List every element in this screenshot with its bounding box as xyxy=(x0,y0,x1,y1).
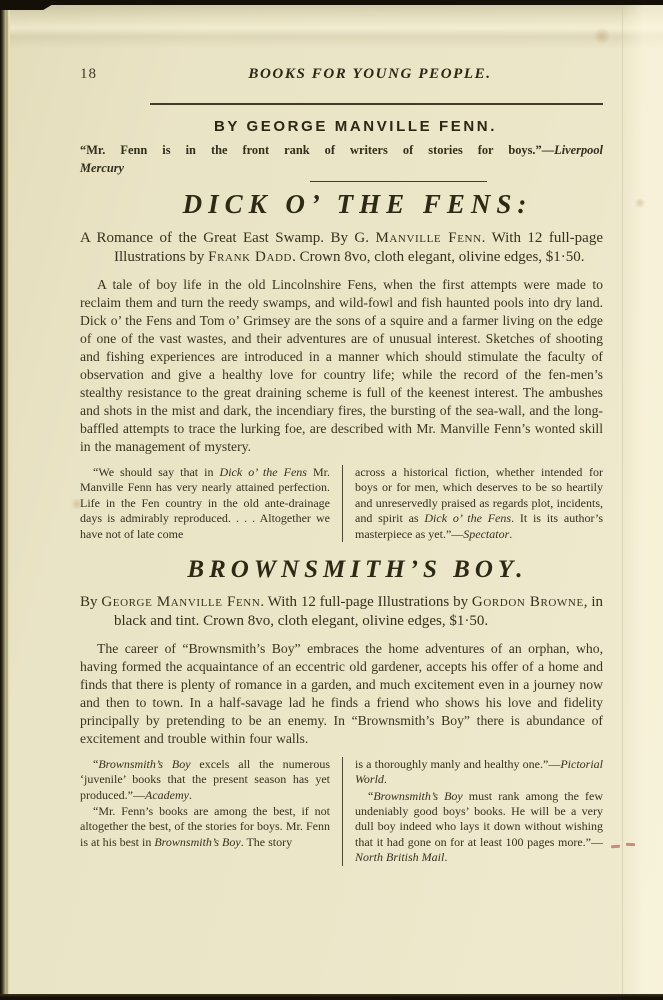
review-paragraph: “Mr. Fenn’s books are among the best, if… xyxy=(80,804,330,850)
catalog-page-content: 18 BOOKS FOR YOUNG PEOPLE. BY GEORGE MAN… xyxy=(0,0,663,866)
author-press-quote: “Mr. Fenn is in the front rank of writer… xyxy=(80,142,603,178)
book1-review-column-right: across a historical fiction, whether int… xyxy=(342,465,603,542)
book2-imprint: By George Manville Fenn. With 12 full-pa… xyxy=(80,593,603,632)
book1-imprint: A Romance of the Great East Swamp. By G.… xyxy=(80,229,603,268)
book2-review-column-left: “Brownsmith’s Boy excels all the numerou… xyxy=(80,757,342,866)
book1-reviews: “We should say that in Dick o’ the Fens … xyxy=(80,465,603,542)
review-paragraph: across a historical fiction, whether int… xyxy=(355,465,603,542)
book1-review-column-left: “We should say that in Dick o’ the Fens … xyxy=(80,465,342,542)
red-pencil-mark xyxy=(611,845,620,849)
running-title: BOOKS FOR YOUNG PEOPLE. xyxy=(117,66,623,83)
page-number: 18 xyxy=(80,66,97,83)
book2-reviews: “Brownsmith’s Boy excels all the numerou… xyxy=(80,757,603,866)
book2-title: BROWNSMITH’S BOY. xyxy=(96,556,619,584)
page-header: 18 BOOKS FOR YOUNG PEOPLE. xyxy=(80,66,603,83)
review-paragraph: “Brownsmith’s Boy must rank among the fe… xyxy=(355,789,603,866)
press-quote-line: Mercury xyxy=(80,160,603,178)
review-paragraph: “We should say that in Dick o’ the Fens … xyxy=(80,465,330,542)
book2-review-column-right: is a thoroughly manly and healthy one.”—… xyxy=(342,757,603,866)
book1-description: A tale of boy life in the old Lincolnshi… xyxy=(80,276,603,456)
book1-title: DICK O’ THE FENS: xyxy=(96,189,619,220)
short-divider-rule xyxy=(310,181,487,182)
press-quote-line: “Mr. Fenn is in the front rank of writer… xyxy=(80,142,603,160)
red-pencil-mark xyxy=(626,843,635,846)
book-bottom-edge xyxy=(0,994,663,1000)
author-section-heading: BY GEORGE MANVILLE FENN. xyxy=(94,118,617,135)
header-rule xyxy=(150,103,603,105)
review-paragraph: “Brownsmith’s Boy excels all the numerou… xyxy=(80,757,330,803)
review-paragraph: is a thoroughly manly and healthy one.”—… xyxy=(355,757,603,788)
book2-description: The career of “Brownsmith’s Boy” embrace… xyxy=(80,640,603,748)
